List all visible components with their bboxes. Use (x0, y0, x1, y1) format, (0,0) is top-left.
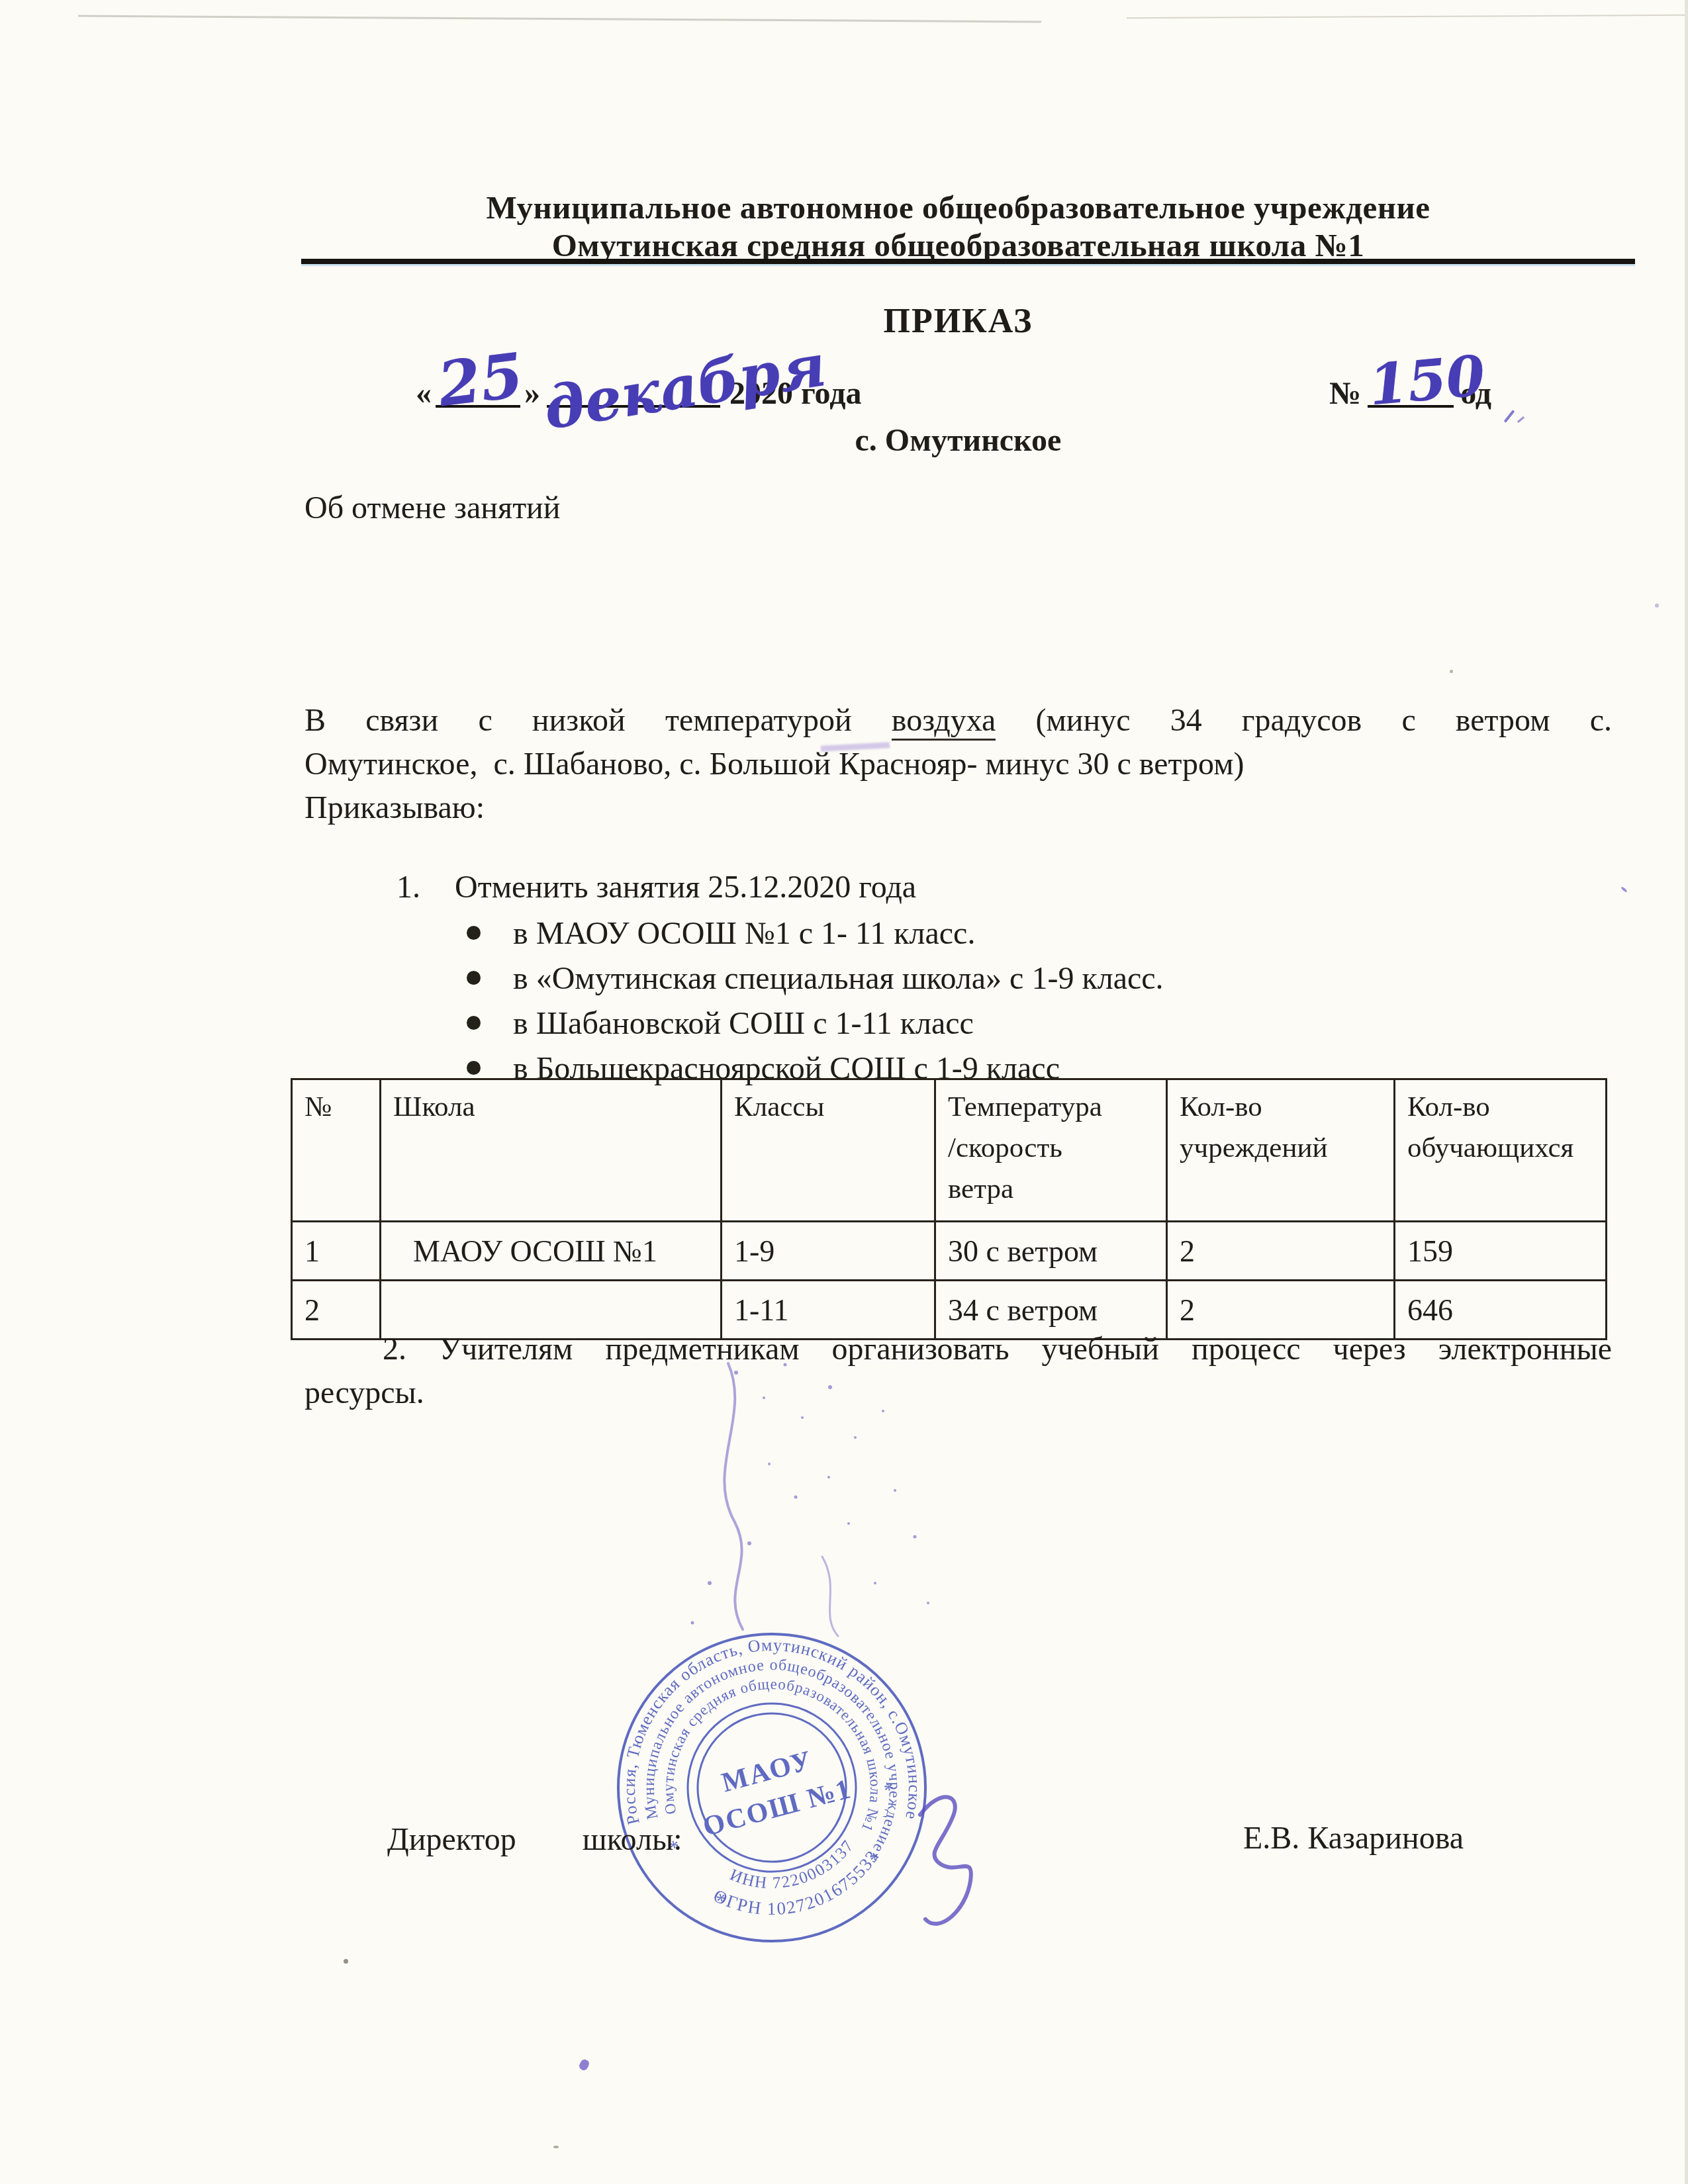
date-day-blank: 25 (436, 375, 520, 408)
ink-speck (1655, 604, 1659, 608)
handwritten-day: 25 (434, 340, 527, 421)
intro-line2: Омутинское, с. Шабаново, с. Большой Крас… (305, 743, 1612, 786)
org-header: Муниципальное автономное общеобразовател… (305, 189, 1612, 264)
intro-line1-pre: В связи с низкой температурой (305, 703, 852, 738)
table-cell: 1-9 (722, 1222, 935, 1281)
column-header: Школа (381, 1079, 722, 1222)
ink-tick-artifact (1504, 410, 1515, 423)
item2-line2: ресурсы. (305, 1371, 1612, 1415)
official-round-stamp: Россия, Тюменская область, Омутинский ра… (615, 1631, 929, 1944)
date-close-quote: » (524, 376, 540, 411)
scan-line-artifact (1127, 15, 1686, 19)
order-item-1: 1.Отменить занятия 25.12.2020 года (397, 869, 916, 905)
table-header-row: № Школа Классы Температура /скорость вет… (292, 1079, 1607, 1222)
header-divider-rule (301, 259, 1635, 264)
pencil-dot (1450, 670, 1453, 673)
list-item-text: в Шабановской СОШ с 1-11 класс (513, 1005, 974, 1042)
document-title: ПРИКАЗ (305, 302, 1612, 341)
item2-line1: 2. Учителям предметникам организовать уч… (305, 1328, 1612, 1371)
order-number-line: №150од (1329, 375, 1491, 412)
place-line: с. Омутинское (305, 422, 1612, 459)
pencil-dot (344, 1959, 348, 1964)
bullet-icon (467, 1016, 481, 1030)
bullet-icon (467, 926, 481, 940)
column-header: Кол-во обучающихся (1395, 1079, 1607, 1222)
table-cell: 159 (1395, 1222, 1607, 1281)
column-header: № (292, 1079, 381, 1222)
cancellation-table: № Школа Классы Температура /скорость вет… (291, 1078, 1607, 1340)
item1-text: Отменить занятия 25.12.2020 года (455, 870, 916, 905)
bullet-icon (467, 1061, 481, 1075)
date-line: «25»декабря2020 года (416, 375, 862, 412)
paper-edge-artifact (1685, 0, 1688, 2184)
ink-speck (578, 2058, 590, 2071)
scanned-order-document: Муниципальное автономное общеобразовател… (0, 0, 1688, 2184)
subject-line: Об отмене занятий (305, 490, 560, 526)
table-cell: 30 с ветром (935, 1222, 1167, 1281)
date-open-quote: « (416, 376, 432, 411)
column-header: Кол-во учреждений (1167, 1079, 1395, 1222)
intro-paragraph: В связи с низкой температурой воздуха (м… (305, 699, 1612, 830)
date-month-blank: декабря (547, 375, 720, 408)
intro-line1: В связи с низкой температурой воздуха (м… (305, 699, 1612, 743)
column-header: Температура /скорость ветра (935, 1079, 1167, 1222)
item1-number: 1. (397, 870, 420, 905)
org-name-line1: Муниципальное автономное общеобразовател… (305, 189, 1612, 226)
scan-line-artifact (78, 15, 1041, 23)
number-label: № (1329, 376, 1361, 411)
signature-name: Е.В. Казаринова (1243, 1820, 1464, 1856)
table-cell: 1 (292, 1222, 381, 1281)
list-item-text: в МАОУ ОСОШ №1 с 1- 11 класс. (513, 915, 975, 952)
intro-line1-post: (минус 34 градусов с ветром с. (1036, 703, 1613, 738)
handwritten-number: 150 (1366, 343, 1487, 418)
list-item-text: в «Омутинская специальная школа» с 1-9 к… (513, 960, 1164, 997)
pencil-dot (553, 2146, 559, 2148)
intro-line3: Приказываю: (305, 786, 1612, 830)
table-cell: МАОУ ОСОШ №1 (381, 1222, 722, 1281)
order-item-2: 2. Учителям предметникам организовать уч… (305, 1328, 1612, 1415)
column-header: Классы (722, 1079, 935, 1222)
bullet-icon (467, 971, 481, 985)
ink-speck (1620, 886, 1628, 893)
number-blank: 150 (1368, 375, 1454, 408)
table-row: 1 МАОУ ОСОШ №1 1-9 30 с ветром 2 159 (292, 1222, 1607, 1281)
signature-role: Директор школы: (387, 1821, 682, 1858)
table-cell: 2 (1167, 1222, 1395, 1281)
intro-line1-underlined-word: воздуха (892, 703, 996, 741)
